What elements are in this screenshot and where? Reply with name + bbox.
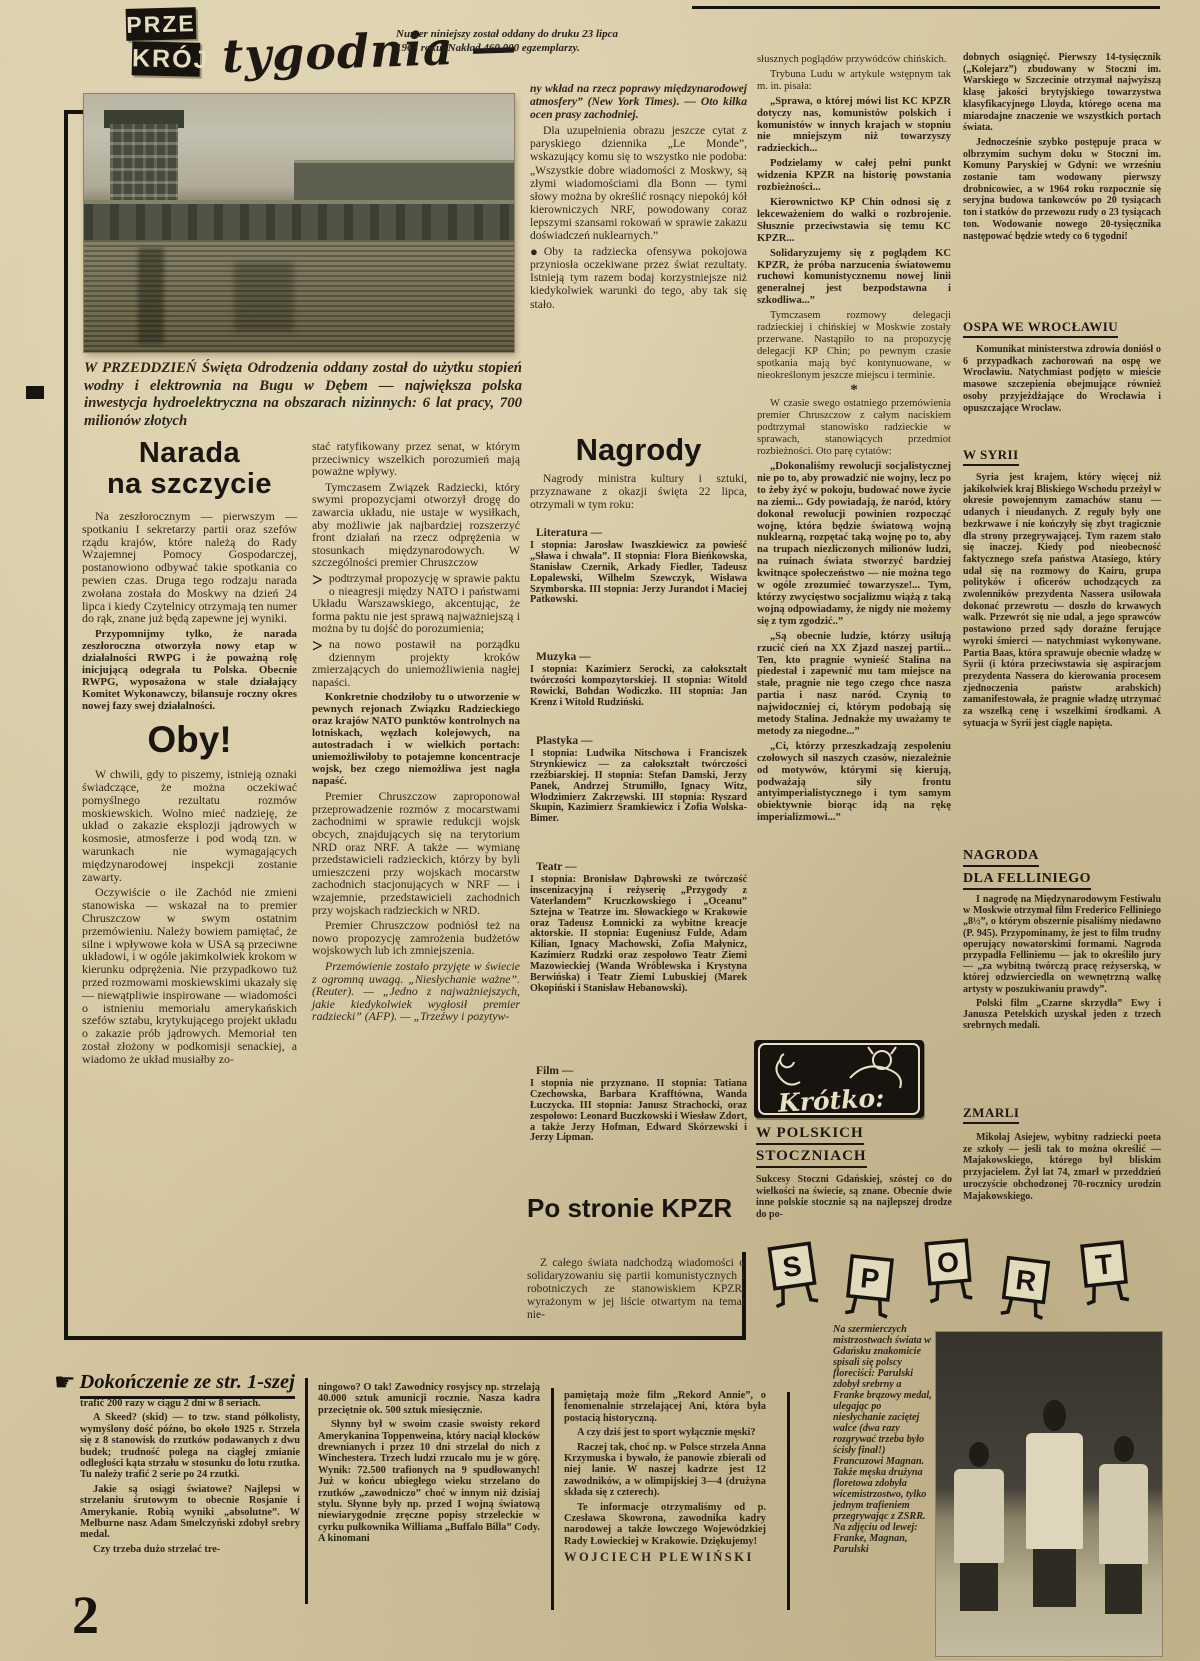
- narada-small-paragraph: Przypomnijmy tylko, że narada zeszłorocz…: [82, 628, 297, 712]
- kpzr-col4-p9: „Są obecnie ludzie, którzy usiłują rzuci…: [757, 631, 951, 738]
- narada-heading-line1: Narada: [82, 438, 297, 469]
- fencer-figure-center: [1026, 1400, 1083, 1607]
- pointing-hand-icon: ☛: [54, 1370, 76, 1394]
- kpzr-section: Po stronie KPZR Z całego świata nadchodz…: [527, 1194, 747, 1290]
- category-text: I stopnia: Ludwika Nitschowa i Francisze…: [530, 749, 747, 825]
- kpzr-col4-p8: „Dokonaliśmy rewolucji socjalistycznej n…: [757, 461, 951, 628]
- press-review-p3-text: Oby ta radziecka ofensywa pokojowa przyn…: [530, 245, 747, 310]
- kpzr-col4-p7: W czasie swego ostatniego przemówienia p…: [757, 398, 951, 458]
- pointer-glyph: >: [312, 638, 323, 655]
- press-review-p3: ●Oby ta radziecka ofensywa pokojowa przy…: [530, 245, 747, 310]
- photo-reflection-2: [234, 262, 294, 332]
- nagrody-heading: Nagrody: [530, 434, 747, 466]
- ospa-paragraph: Komunikat ministerstwa zdrowia doniósł o…: [963, 344, 1161, 414]
- sport-letter-o: O: [936, 1246, 960, 1279]
- bottom-divider-3: [787, 1392, 790, 1610]
- bottom-c-p4: Te informacje otrzymaliśmy od p. Czesław…: [564, 1502, 766, 1548]
- bottom-b-p2: Słynny był w swoim czasie swoisty rekord…: [318, 1419, 540, 1544]
- bullet-glyph: ●: [530, 245, 538, 258]
- sport-letter-r: R: [1014, 1264, 1038, 1297]
- nagrody-category-teatr: Teatr — I stopnia: Bronisław Dąbrowski z…: [530, 862, 747, 998]
- pointer-glyph: >: [312, 572, 323, 589]
- syria-heading-wrap: W SYRII: [963, 446, 1019, 468]
- nagrody-intro: Nagrody ministra kultury i sztuki, przyz…: [530, 472, 747, 511]
- lead-photo-caption: W PRZEDDZIEŃ Święta Odrodzenia oddany zo…: [84, 360, 522, 430]
- narada-paragraph: Na zeszłorocznym — pierwszym — spotkaniu…: [82, 510, 297, 625]
- kpzr-col4-p3: Podzielamy w całej pełni punkt widzenia …: [757, 158, 951, 194]
- lead-photo-dam-power-plant: [84, 94, 514, 352]
- stocznie-section: W POLSKICH STOCZNIACH Sukcesy Stoczni Gd…: [756, 1124, 952, 1224]
- bottom-c-p3: Raczej tak, choć np. w Polsce strzela An…: [564, 1442, 766, 1499]
- column-4: słusznych poglądów przywódców chińskich.…: [757, 54, 951, 827]
- kpzr-col4-p10: „Ci, którzy przeszkadzają zespoleniu czo…: [757, 741, 951, 824]
- fellini-paragraph-1: I nagrodę na Międzynarodowym Festiwalu w…: [963, 894, 1161, 995]
- column-3-top: ny wkład na rzecz poprawy międzynarodowe…: [530, 82, 747, 314]
- newspaper-page: PRZE KRÓJ tygodnia — Numer niniejszy zos…: [0, 0, 1200, 1661]
- author-byline: WOJCIECH PLEWIŃSKI: [564, 1552, 766, 1563]
- category-name: Teatr —: [530, 862, 747, 873]
- column-2: stać ratyfikowany przez senat, w którym …: [312, 440, 520, 1026]
- oby-col2-p4-text: na nowo postawił na porządku dziennym pr…: [312, 637, 520, 689]
- oby-col2-p7: Premier Chruszczow podniósł też na nowo …: [312, 919, 520, 957]
- zmarli-paragraph: Mikołaj Asiejew, wybitny radziecki poeta…: [963, 1132, 1161, 1202]
- kpzr-col4-p1: Trybuna Ludu w artykule wstępnym tak m. …: [757, 69, 951, 93]
- zmarli-section: Mikołaj Asiejew, wybitny radziecki poeta…: [963, 1132, 1161, 1205]
- bottom-a-p4: Czy trzeba dużo strzelać tre-: [80, 1544, 300, 1555]
- sport-block-letters-graphic: S P O R T: [760, 1238, 1160, 1326]
- kpzr-heading: Po stronie KPZR: [527, 1194, 747, 1222]
- stocznie-paragraph: Sukcesy Stoczni Gdańskiej, szóstej co do…: [756, 1174, 952, 1221]
- press-review-p2: Dla uzupełnienia obrazu jeszcze cytat z …: [530, 124, 747, 242]
- stocznie-heading-line2: STOCZNIACH: [756, 1148, 867, 1168]
- category-name: Film —: [530, 1066, 747, 1077]
- stocznie-cont-p2: Jednocześnie szybko postępuje praca w ol…: [963, 137, 1161, 242]
- fellini-paragraph-2: Polski film „Czarne skrzydła” Ewy i Janu…: [963, 998, 1161, 1032]
- category-text: I stopnia: Bronisław Dąbrowski ze twórcz…: [530, 875, 747, 995]
- fencer-head: [1043, 1400, 1066, 1431]
- kpzr-col4-p6: Tymczasem rozmowy delegacji radzieckiej …: [757, 310, 951, 381]
- narada-heading-line2: na szczycie: [82, 469, 297, 500]
- oby-col2-p2: Tymczasem Związek Radziecki, który swymi…: [312, 481, 520, 569]
- logo-text-1: PRZE: [126, 10, 196, 38]
- photo-dam-structure: [84, 200, 514, 240]
- oby-paragraph-1: W chwili, gdy to piszemy, istnieją oznak…: [82, 768, 297, 883]
- fencer-torso: [1099, 1464, 1149, 1564]
- bottom-b-p1: ningowo? O tak! Zawodnicy rosyjscy np. s…: [318, 1382, 540, 1416]
- oby-col2-p6: Premier Chruszczow zaproponował przeprow…: [312, 790, 520, 916]
- fencer-head: [969, 1442, 989, 1467]
- bottom-column-b: ningowo? O tak! Zawodnicy rosyjscy np. s…: [318, 1382, 540, 1548]
- oby-paragraph-2: Oczywiście o ile Zachód nie zmieni stano…: [82, 886, 297, 1065]
- nagrody-category-literatura: Literatura — I stopnia: Jarosław Iwaszki…: [530, 528, 747, 609]
- oby-col2-p4: >na nowo postawił na porządku dziennym p…: [312, 638, 520, 688]
- syria-heading: W SYRII: [963, 447, 1019, 466]
- masthead-logo-line1: PRZE: [126, 7, 197, 41]
- bottom-a-p1: trafić 200 razy w ciągu 2 dni w 8 seriac…: [80, 1398, 300, 1409]
- frame-left-bar: [64, 110, 68, 1340]
- category-name: Literatura —: [530, 528, 747, 539]
- ospa-section: Komunikat ministerstwa zdrowia doniósł o…: [963, 344, 1161, 417]
- fencer-legs: [1105, 1564, 1143, 1614]
- margin-square-mark: [26, 386, 44, 399]
- oby-col2-p8: Przemówienie zostało przyjęte w świecie …: [312, 960, 520, 1023]
- ospa-heading-wrap: OSPA WE WROCŁAWIU: [963, 318, 1118, 340]
- column-1: Narada na szczycie Na zeszłorocznym — pi…: [82, 438, 297, 1069]
- kpzr-col4-p5: Solidaryzujemy się z poglądem KC KPZR, ż…: [757, 248, 951, 308]
- bottom-c-p1: pamiętają może film „Rekord Annie”, o fe…: [564, 1390, 766, 1424]
- fellini-heading-line1: NAGRODA: [963, 848, 1039, 867]
- kpzr-col4-p4: Kierownictwo KP Chin odnosi się z lekcew…: [757, 197, 951, 245]
- bottom-column-c: pamiętają może film „Rekord Annie”, o fe…: [564, 1390, 766, 1564]
- print-run-info: Numer niniejszy został oddany do druku 2…: [396, 28, 618, 55]
- bottom-a-p3: Jakie są osiągi światowe? Najlepsi w str…: [80, 1484, 300, 1541]
- fellini-section: I nagrodę na Międzynarodowym Festiwalu w…: [963, 894, 1161, 1034]
- bottom-c-p2: A czy dziś jest to sport wyłącznie męski…: [564, 1427, 766, 1438]
- sport-letter-p: P: [859, 1262, 881, 1295]
- dokonczenie-heading: Dokończenie ze str. 1-szej: [80, 1370, 295, 1399]
- oby-col2-p3-text: podtrzymał propozycję w sprawie paktu o …: [312, 571, 520, 635]
- fencer-figure-right: [1099, 1436, 1149, 1614]
- sport-letter-t: T: [1094, 1248, 1114, 1281]
- category-name: Plastyka —: [530, 736, 747, 747]
- bottom-divider-1: [305, 1378, 308, 1604]
- fellini-heading-line2: DLA FELLINIEGO: [963, 871, 1091, 890]
- bottom-a-p2: A Skeed? (skid) — to tzw. stand półkolis…: [80, 1412, 300, 1480]
- krotko-logo-box: Krótko:: [754, 1040, 924, 1118]
- ospa-heading: OSPA WE WROCŁAWIU: [963, 319, 1118, 338]
- fencer-figure-left: [954, 1442, 1004, 1610]
- category-text: I stopnia: Jarosław Iwaszkiewicz za powi…: [530, 541, 747, 606]
- sport-photo-fencers: [936, 1332, 1162, 1656]
- nagrody-category-muzyka: Muzyka — I stopnia: Kazimierz Serocki, z…: [530, 652, 747, 712]
- category-text: I stopnia nie przyznano. II stopnia: Tat…: [530, 1079, 747, 1144]
- oby-col2-p5: Konkretnie chodziłoby tu o utworzenie w …: [312, 691, 520, 787]
- bottom-divider-2: [551, 1388, 554, 1610]
- zmarli-heading-wrap: ZMARLI: [963, 1104, 1019, 1126]
- kpzr-lead-paragraph: Z całego świata nadchodzą wiadomości o s…: [527, 1256, 745, 1321]
- column-5-top: dobnych osiągnięć. Pierwszy 14-tysięczni…: [963, 52, 1161, 245]
- stocznie-heading-line1: W POLSKICH: [756, 1125, 864, 1145]
- top-rule: [692, 6, 1160, 9]
- fencer-head: [1114, 1436, 1134, 1463]
- nagrody-category-film: Film — I stopnia nie przyznano. II stopn…: [530, 1066, 747, 1147]
- syria-section: Syria jest krajem, który więcej niż jaki…: [963, 472, 1161, 732]
- oby-col2-p1: stać ratyfikowany przez senat, w którym …: [312, 440, 520, 478]
- fencer-torso: [954, 1469, 1004, 1563]
- logo-text-2: KRÓJ: [132, 44, 210, 74]
- frame-bottom-bar: [64, 1336, 746, 1340]
- sport-caption: Na szermierczych mistrzostwach świata w …: [833, 1324, 935, 1555]
- stocznie-cont-p1: dobnych osiągnięć. Pierwszy 14-tysięczni…: [963, 52, 1161, 134]
- masthead-logo-line2: KRÓJ: [132, 41, 201, 76]
- category-text: I stopnia: Kazimierz Serocki, za całoksz…: [530, 665, 747, 709]
- oby-heading: Oby!: [82, 720, 297, 760]
- press-review-p1: ny wkład na rzecz poprawy międzynarodowe…: [530, 82, 747, 121]
- page-number: 2: [72, 1588, 99, 1642]
- syria-paragraph: Syria jest krajem, który więcej niż jaki…: [963, 472, 1161, 729]
- oby-col2-p3: >podtrzymał propozycję w sprawie paktu o…: [312, 572, 520, 635]
- kpzr-col4-p0: słusznych poglądów przywódców chińskich.: [757, 54, 951, 66]
- kpzr-col4-p2: „Sprawa, o której mówi list KC KPZR doty…: [757, 96, 951, 156]
- zmarli-heading: ZMARLI: [963, 1105, 1019, 1124]
- star-separator: *: [757, 385, 951, 397]
- category-name: Muzyka —: [530, 652, 747, 663]
- fencer-torso: [1026, 1433, 1083, 1549]
- photo-reflection-1: [138, 248, 164, 344]
- nagrody-category-plastyka: Plastyka — I stopnia: Ludwika Nitschowa …: [530, 736, 747, 828]
- bottom-column-a: trafić 200 razy w ciągu 2 dni w 8 seriac…: [80, 1398, 300, 1558]
- fencer-legs: [960, 1563, 998, 1610]
- krotko-label: Krótko:: [777, 1085, 885, 1117]
- dokonczenie-heading-wrap: ☛ Dokończenie ze str. 1-szej: [54, 1370, 295, 1399]
- fellini-heading-wrap: NAGRODA DLA FELLINIEGO: [963, 846, 1091, 892]
- fencer-legs: [1033, 1549, 1076, 1607]
